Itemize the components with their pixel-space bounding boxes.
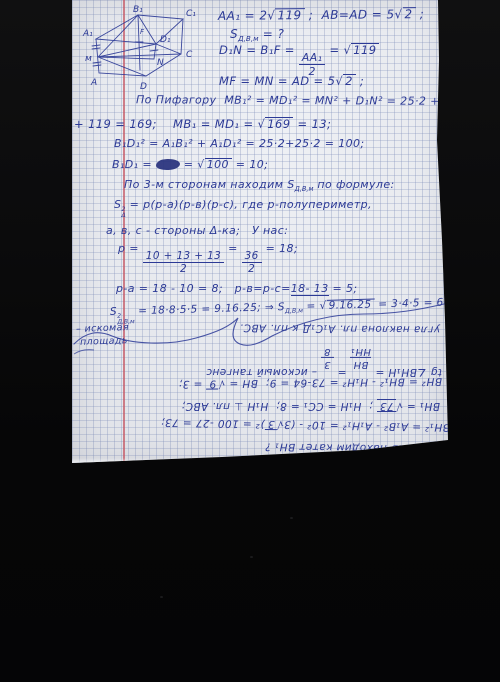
midsegment-line: D₁N = B₁F = AA₁2 = √119 bbox=[219, 43, 379, 78]
sqrt-sign: √ bbox=[394, 7, 402, 21]
sqrt-sign: √ bbox=[396, 400, 403, 412]
vertex-label-c: C bbox=[186, 50, 193, 60]
ink-blot bbox=[156, 159, 180, 171]
point-label-m: м bbox=[85, 54, 92, 64]
vertex-label-d: D bbox=[140, 82, 147, 92]
dust-speck bbox=[160, 596, 163, 598]
sqrt-sign: √ bbox=[267, 8, 275, 22]
given-edge-lengths-line: AA₁ = 2√119 ; AB=AD = 5√2 ; bbox=[218, 7, 424, 24]
b1d1-squared-line: B₁D₁² = A₁B₁² + A₁D₁² = 25·2+25·2 = 100; bbox=[114, 138, 365, 151]
sqrt-sign: √ bbox=[197, 158, 204, 171]
pythagoras-line: По Пифагору MB₁² = MD₁² = MN² + D₁N² = 2… bbox=[136, 94, 440, 108]
dust-speck bbox=[250, 556, 253, 558]
vertex-label-c1: C₁ bbox=[186, 9, 196, 19]
sqrt-sign: √ bbox=[335, 74, 343, 88]
heron-formula-line: S2Δ = p(p-a)(p-в)(p-c), где p-полупериме… bbox=[114, 199, 372, 219]
flipped-bh1-squared-line: BH₁² = A₁B² - A₁H₁² = 10² - (3√3)² = 100… bbox=[90, 415, 450, 433]
vertex-label-b1: B₁ bbox=[133, 5, 143, 15]
notebook-page: B₁ C₁ A₁ D₁ F м N C A D AA₁ = 2√119 ; AB… bbox=[72, 0, 448, 464]
flipped-bh1-values-line: BH₁ = √73 ; H₁H = CC₁ = 8; H₁H ⊥ пл. АВС… bbox=[96, 399, 440, 412]
flipped-bh-line: BH² = BH₁² - H₁H² = 73-64 = 9; BH = √9 =… bbox=[86, 375, 442, 391]
sqrt-sign: √ bbox=[344, 43, 352, 57]
flipped-tangent-line: tg ∠BH₁H = BHHH₁ = 38 – искомый тангенс bbox=[146, 345, 442, 378]
photo-background: B₁ C₁ A₁ D₁ F м N C A D AA₁ = 2√119 ; AB… bbox=[0, 0, 500, 682]
point-label-n: N bbox=[157, 58, 164, 68]
b1d1-result-line: B₁D₁ = = √100 = 10; bbox=[112, 158, 268, 172]
question-area-line: SД,В,м = ? bbox=[230, 28, 284, 43]
sqrt-sign: √ bbox=[218, 377, 225, 389]
sqrt-sign: √ bbox=[258, 117, 266, 131]
point-label-f: F bbox=[140, 28, 145, 36]
vertex-label-d1: D₁ bbox=[160, 35, 171, 45]
flipped-triangle-intro-line: В Δ А₁Н₁В находим катет ВН₁ ? bbox=[170, 439, 446, 455]
sqrt-sign: √ bbox=[277, 418, 284, 430]
mb1-result-line: + 119 = 169; MB₁ = MD₁ = √169 = 13; bbox=[74, 117, 331, 131]
prism-diagram: B₁ C₁ A₁ D₁ F м N C A D bbox=[82, 2, 208, 94]
vertex-label-a1: A₁ bbox=[82, 29, 93, 39]
mf-mn-line: MF = MN = AD = 5√2 ; bbox=[219, 74, 364, 88]
vertex-label-a: A bbox=[90, 78, 97, 88]
heron-intro-line: По 3-м сторонам находим SД,В,м по формул… bbox=[124, 179, 395, 194]
dust-speck bbox=[290, 517, 293, 519]
sides-definition-line: а, в, с - стороны Δ-ка; У нас: bbox=[106, 225, 288, 238]
semiperimeter-line: p = 10 + 13 + 132 = 362 = 18; bbox=[118, 243, 298, 276]
